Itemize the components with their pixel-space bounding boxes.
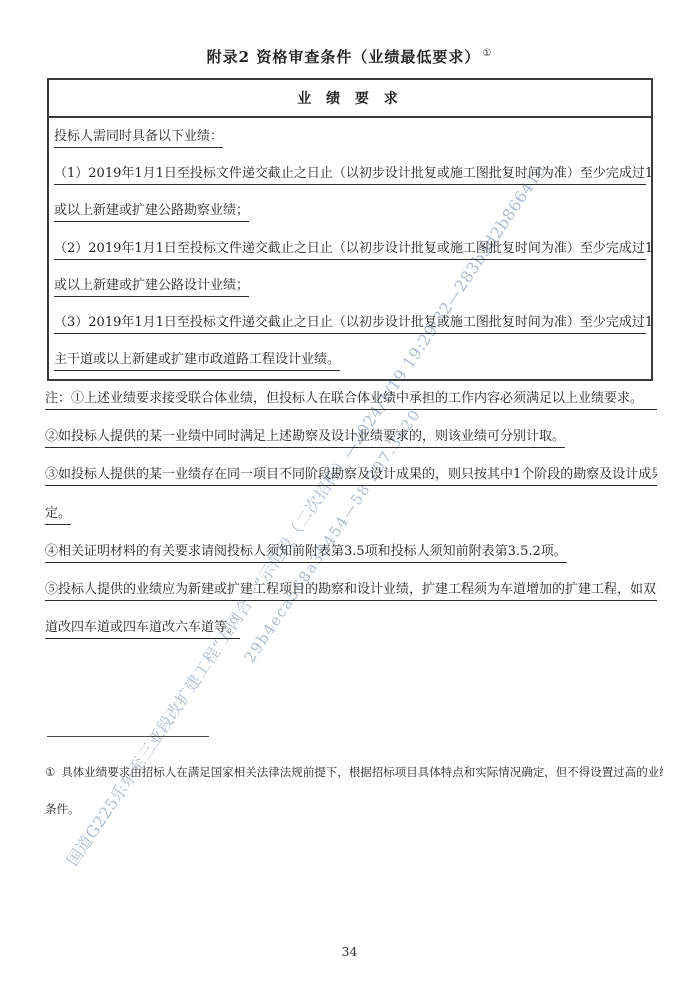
performance-requirement-table: 业 绩 要 求 投标人需同时具备以下业绩： （1）2019年1月1日至投标文件递… [47, 78, 653, 381]
note-text: ④相关证明材料的有关要求请阅投标人须知前附表第3.5项和投标人须知前附表第3.5… [45, 540, 567, 563]
note-text: ⑤投标人提供的业绩应为新建或扩建工程项目的勘察和设计业绩，扩建工程须为车道增加的… [45, 578, 657, 601]
clause-text: （2）2019年1月1日至投标文件递交截止之日止（以初步设计批复或施工图批复时间… [54, 237, 646, 260]
footnote-marker: ① [45, 765, 55, 779]
clause-text: 或以上新建或扩建公路设计业绩； [54, 274, 249, 297]
table-body: 投标人需同时具备以下业绩： （1）2019年1月1日至投标文件递交截止之日止（以… [49, 118, 651, 378]
note-text: ③如投标人提供的某一业绩存在同一项目不同阶段勘察及设计成果的，则只按其中1个阶段… [45, 463, 657, 486]
note-line: ②如投标人提供的某一业绩中同时满足上述勘察及设计业绩要求的，则该业绩可分别计取。 [45, 417, 657, 455]
footnote-text: 条件。 [45, 801, 80, 817]
table-header-cell: 业 绩 要 求 [49, 80, 651, 118]
note-text: 定。 [45, 502, 71, 525]
note-line: 注：①上述业绩要求接受联合体业绩，但投标人在联合体业绩中承担的工作内容必须满足以… [45, 379, 657, 417]
title-footnote-ref: ① [482, 48, 492, 59]
note-text: 注：①上述业绩要求接受联合体业绩，但投标人在联合体业绩中承担的工作内容必须满足以… [45, 387, 657, 410]
table-row: 或以上新建或扩建公路勘察业绩； [49, 192, 651, 229]
table-header-text: 业 绩 要 求 [297, 88, 403, 108]
page-title: 附录2 资格审查条件（业绩最低要求）① [0, 46, 699, 67]
clause-text: （1）2019年1月1日至投标文件递交截止之日止（以初步设计批复或施工图批复时间… [54, 162, 646, 185]
page-title-text: 附录2 资格审查条件（业绩最低要求） [207, 48, 481, 66]
note-line: ③如投标人提供的某一业绩存在同一项目不同阶段勘察及设计成果的，则只按其中1个阶段… [45, 456, 657, 494]
note-text: 道改四车道或四车道改六车道等。 [45, 616, 240, 639]
clause-text: 投标人需同时具备以下业绩： [54, 125, 223, 148]
footnote-line: 条件。 [45, 790, 663, 827]
footnote-line: ① 具体业绩要求由招标人在满足国家相关法律法规前提下，根据招标项目具体特点和实际… [45, 753, 663, 790]
page-number: 34 [0, 944, 699, 959]
document-page: 国道G225乐东至三亚段改扩建工程“五网合一”示范段（二次招标）—2024/1/… [0, 0, 699, 990]
footnote-section: ① 具体业绩要求由招标人在满足国家相关法律法规前提下，根据招标项目具体特点和实际… [45, 753, 663, 827]
table-row: 主干道或以上新建或扩建市政道路工程设计业绩。 [49, 341, 651, 378]
note-line: 定。 [45, 494, 657, 532]
clause-text: 主干道或以上新建或扩建市政道路工程设计业绩。 [54, 348, 340, 371]
notes-section: 注：①上述业绩要求接受联合体业绩，但投标人在联合体业绩中承担的工作内容必须满足以… [45, 379, 657, 647]
table-row: 或以上新建或扩建公路设计业绩； [49, 267, 651, 304]
table-row: 投标人需同时具备以下业绩： [49, 118, 651, 155]
note-line: 道改四车道或四车道改六车道等。 [45, 609, 657, 647]
note-line: ④相关证明材料的有关要求请阅投标人须知前附表第3.5项和投标人须知前附表第3.5… [45, 532, 657, 570]
table-row: （1）2019年1月1日至投标文件递交截止之日止（以初步设计批复或施工图批复时间… [49, 155, 651, 192]
footnote-separator [47, 736, 209, 737]
table-row: （3）2019年1月1日至投标文件递交截止之日止（以初步设计批复或施工图批复时间… [49, 304, 651, 341]
footnote-text: 具体业绩要求由招标人在满足国家相关法律法规前提下，根据招标项目具体特点和实际情况… [61, 764, 663, 780]
clause-text: （3）2019年1月1日至投标文件递交截止之日止（以初步设计批复或施工图批复时间… [54, 311, 646, 334]
table-row: （2）2019年1月1日至投标文件递交截止之日止（以初步设计批复或施工图批复时间… [49, 230, 651, 267]
note-line: ⑤投标人提供的业绩应为新建或扩建工程项目的勘察和设计业绩，扩建工程须为车道增加的… [45, 570, 657, 608]
clause-text: 或以上新建或扩建公路勘察业绩； [54, 199, 249, 222]
note-text: ②如投标人提供的某一业绩中同时满足上述勘察及设计业绩要求的，则该业绩可分别计取。 [45, 425, 565, 448]
